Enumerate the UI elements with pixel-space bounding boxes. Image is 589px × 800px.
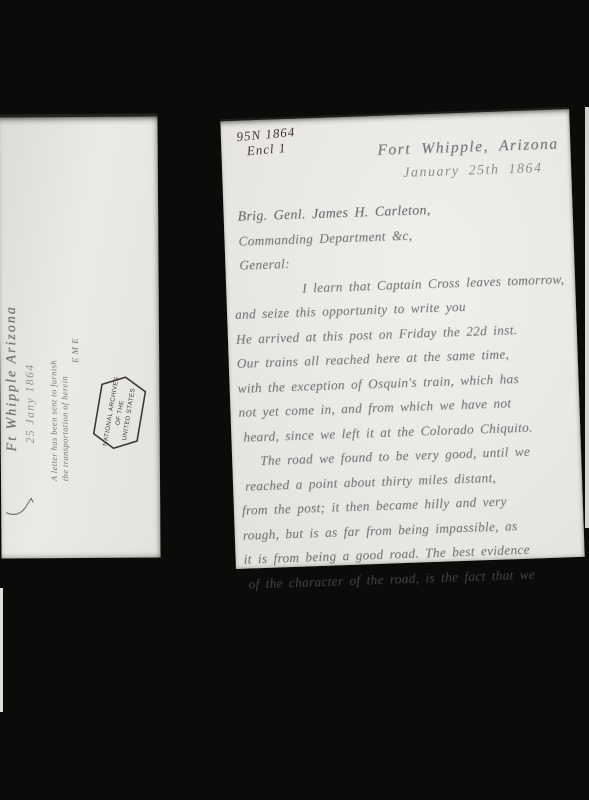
archival-pencil-mark: 95N 1864 Encl 1 [236, 124, 297, 159]
adjacent-page-edge-left [0, 588, 3, 712]
national-archives-stamp-icon: NATIONAL ARCHIVES OF THE UNITED STATES [91, 372, 149, 453]
letter-heading-date: January 25th 1864 [403, 161, 543, 182]
fold-note: A letter has been sent to furnish the tr… [48, 295, 82, 481]
stamp-line-3: UNITED STATES [121, 388, 137, 442]
letter-page: 95N 1864 Encl 1 Fort Whipple, Arizona Ja… [220, 107, 584, 569]
letter-heading-place: Fort Whipple, Arizona [377, 135, 559, 159]
folded-page: Ft Whipple Arizona 25 Jany 1864 A letter… [0, 113, 161, 558]
docket-line-1: Ft Whipple Arizona [4, 305, 21, 451]
adjacent-page-edge-right [585, 107, 589, 528]
docket-line-2: 25 Jany 1864 [24, 363, 37, 443]
pen-stroke-mark [5, 495, 41, 524]
fold-note-line-1: A letter has been sent to furnish [48, 360, 59, 481]
document-photo: Ft Whipple Arizona 25 Jany 1864 A letter… [0, 0, 589, 800]
fold-note-initials: E M E [70, 295, 82, 481]
letter-body: Brig. Genl. James H. Carleton, Commandin… [229, 193, 582, 597]
fold-note-line-2: the transportation of herein [59, 376, 70, 481]
